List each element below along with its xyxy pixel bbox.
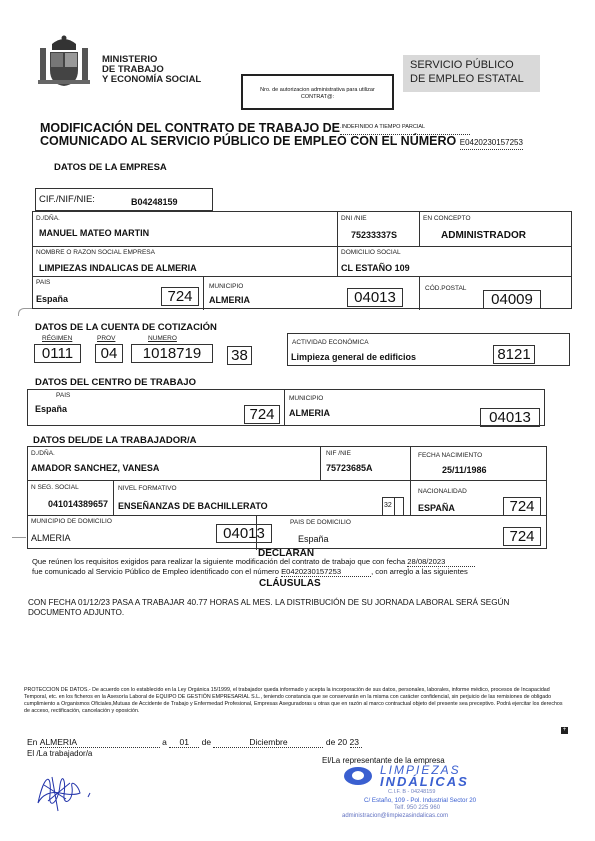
empresa-name: LIMPIEZAS INDALICAS DE ALMERIA: [39, 263, 197, 273]
margin-mark: [18, 308, 32, 316]
trabajador-name: AMADOR SANCHEZ, VANESA: [31, 463, 159, 473]
prov-field: 04: [95, 344, 123, 363]
section-cotizacion-title: DATOS DE LA CUENTA DE COTIZACIÓN: [35, 322, 217, 333]
company-logo-icon: [344, 767, 372, 785]
expand-icon[interactable]: +: [561, 727, 568, 734]
centro-pais-code: 724: [244, 405, 280, 424]
empresa-table: D./DÑA. MANUEL MATEO MARTIN DNI /NIE 752…: [32, 211, 572, 309]
dc-field: 38: [227, 346, 252, 365]
empresa-cp: 04009: [483, 290, 541, 309]
representante-name: MANUEL MATEO MARTIN: [39, 228, 149, 238]
declaran-text: Que reúnen los requisitos exigidos para …: [32, 557, 595, 577]
clausulas-title: CLÁUSULAS: [259, 578, 321, 589]
document-title: MODIFICACIÓN DEL CONTRATO DE TRABAJO DE.…: [40, 121, 523, 150]
centro-municipio-code: 04013: [480, 408, 540, 427]
contract-type-field: .INDEFINIDO A TIEMPO PARCIAL: [340, 121, 470, 135]
signature-place-date: En ALMERIA a 01 de Diciembre de 20 23: [27, 737, 362, 748]
section-centro-title: DATOS DEL CENTRO DE TRABAJO: [35, 377, 196, 388]
section-empresa-title: DATOS DE LA EMPRESA: [54, 162, 167, 173]
company-stamp: LIMPIEZAS INDÁLICAS C.I.F. B - 04248159 …: [338, 763, 498, 825]
empresa-pais-code: 724: [161, 287, 199, 306]
numero-field: 1018719: [131, 344, 213, 363]
ministry-name: MINISTERIO DE TRABAJO Y ECONOMÍA SOCIAL: [102, 55, 201, 85]
regimen-field: 0111: [34, 344, 81, 363]
trabajador-municipio-code: 04013: [216, 524, 272, 543]
centro-table: PAIS España 724 MUNICIPIO ALMERIA 04013: [27, 389, 545, 426]
trabajador-table: D./DÑA. AMADOR SANCHEZ, VANESA NIF /NIE …: [27, 446, 547, 549]
nivel-code: 32: [382, 497, 404, 515]
actividad-box: ACTIVIDAD ECONÓMICA Limpieza general de …: [287, 333, 570, 366]
sepe-logo: SERVICIO PÚBLICO DE EMPLEO ESTATAL: [403, 55, 540, 92]
trabajador-signature: [30, 765, 100, 815]
coat-of-arms-icon: [36, 34, 92, 90]
trabajador-signature-label: El /La trabajador/a: [27, 749, 92, 758]
authorization-box: Nro. de autorizacion administrativa para…: [241, 74, 394, 110]
empresa-municipio-code: 04013: [347, 288, 403, 307]
trabajador-pais-code: 724: [503, 527, 541, 546]
section-trabajador-title: DATOS DEL/DE LA TRABAJADOR/A: [33, 435, 196, 446]
proteccion-datos-text: PROTECCION DE DATOS.- De acuerdo con lo …: [24, 687, 569, 715]
clausulas-text: CON FECHA 01/12/23 PASA A TRABAJAR 40.77…: [28, 598, 528, 618]
contract-number-field: E0420230157253: [460, 136, 523, 150]
nacionalidad-code: 724: [503, 497, 541, 516]
cif-box: CIF./NIF/NIE: B04248159: [35, 188, 213, 211]
actividad-code: 8121: [493, 345, 535, 364]
margin-mark: [12, 537, 26, 539]
